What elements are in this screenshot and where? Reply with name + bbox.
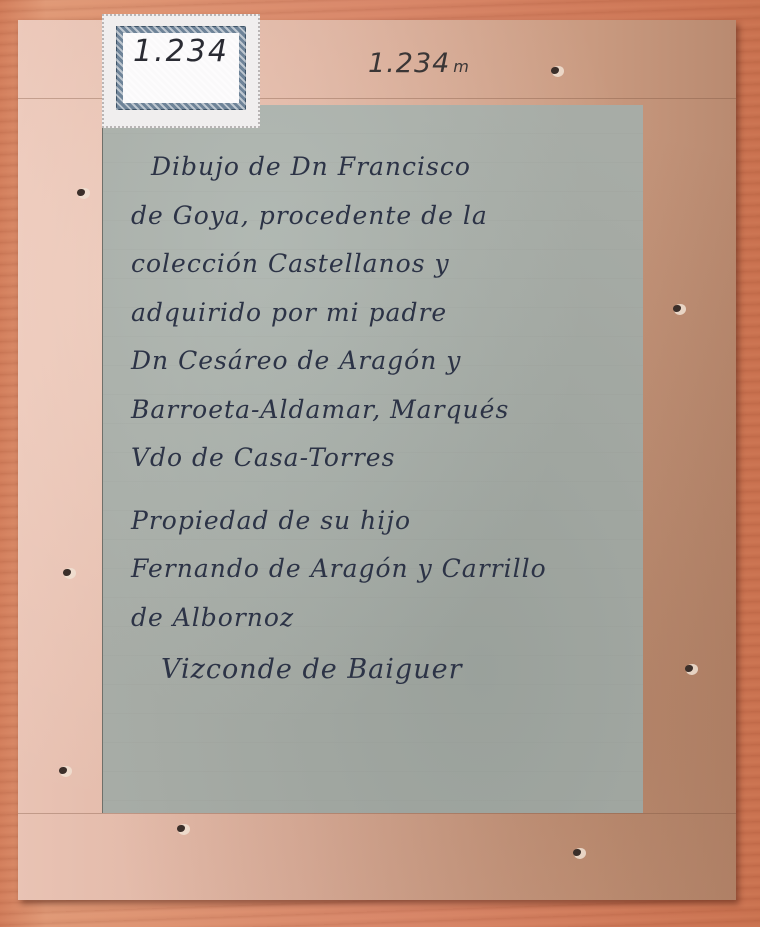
- pencil-number-suffix: m: [453, 57, 470, 76]
- note-line: Vdo de Casa-Torres: [131, 434, 623, 483]
- pencil-inventory-number: 1.234m: [368, 48, 470, 79]
- note-line: de Goya, procedente de la: [131, 192, 623, 241]
- tack-hole: [670, 302, 686, 316]
- note-line: de Albornoz: [131, 594, 623, 643]
- note-line: Fernando de Aragón y Carrillo: [131, 545, 623, 594]
- note-line: Barroeta-Aldamar, Marqués: [131, 386, 623, 435]
- tack-hole: [570, 846, 586, 860]
- provenance-note-sheet: Dibujo de Dn Francisco de Goya, proceden…: [102, 105, 643, 813]
- note-line: adquirido por mi padre: [131, 289, 623, 338]
- note-line: colección Castellanos y: [131, 240, 623, 289]
- tack-hole: [682, 662, 698, 676]
- tack-hole: [56, 764, 72, 778]
- inventory-stamp-label: 1.234: [102, 14, 260, 128]
- handwritten-text: Dibujo de Dn Francisco de Goya, proceden…: [131, 143, 623, 695]
- note-line: Dn Cesáreo de Aragón y: [131, 337, 623, 386]
- note-line: Propiedad de su hijo: [131, 497, 623, 546]
- tack-hole: [74, 186, 90, 200]
- signature: Vizconde de Baiguer: [131, 646, 623, 695]
- tack-hole: [60, 566, 76, 580]
- pencil-number-value: 1.234: [368, 48, 450, 79]
- stamp-inventory-number: 1.234: [104, 34, 258, 69]
- tack-hole: [548, 64, 564, 78]
- tack-hole: [174, 822, 190, 836]
- note-line: Dibujo de Dn Francisco: [131, 143, 623, 192]
